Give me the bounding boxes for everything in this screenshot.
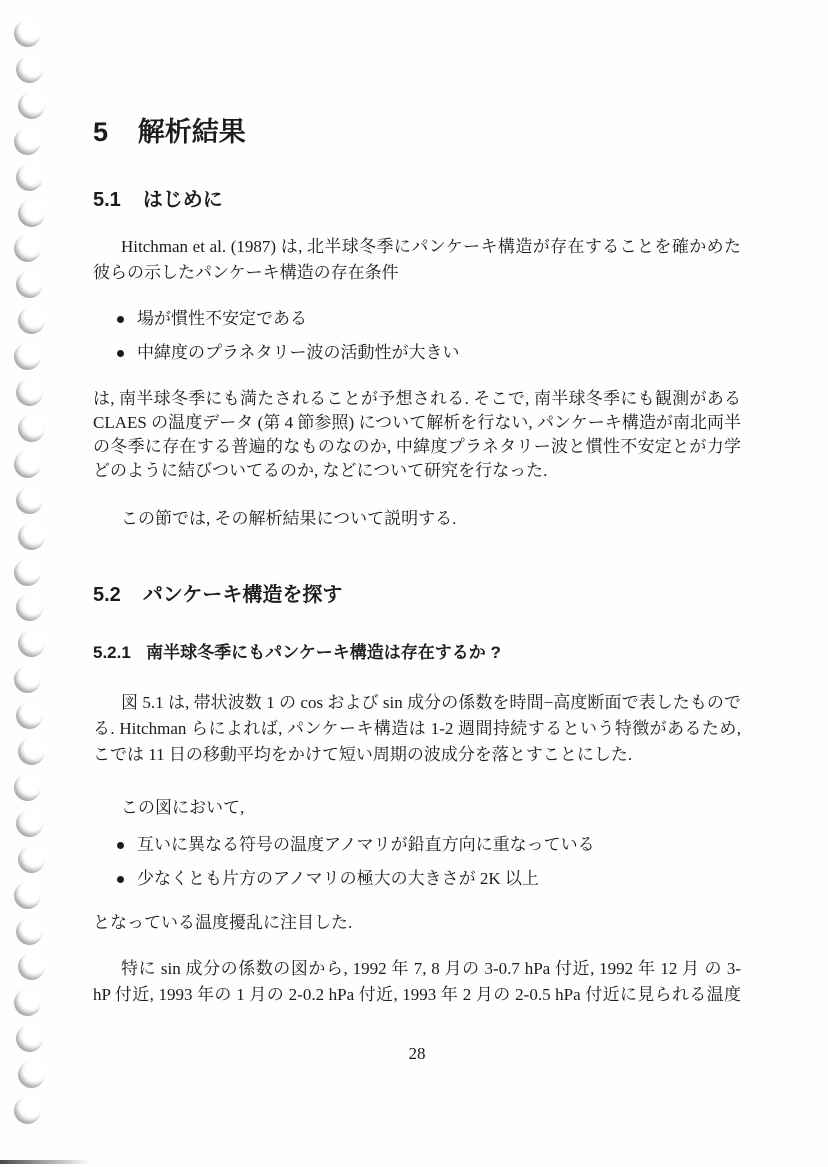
text-line: この図において, xyxy=(93,795,741,821)
list-item: 場が慣性不安定である xyxy=(93,306,741,332)
binder-hole xyxy=(14,774,41,801)
binder-hole xyxy=(18,738,45,765)
text-line: の冬季に存在する普遍的なものなのか, 中緯度プラネタリー波と慣性不安定とが力学的… xyxy=(93,435,741,459)
binder-hole xyxy=(16,594,43,621)
paragraph-criteria-close: となっている温度擾乱に注目した. xyxy=(93,910,741,936)
binder-hole xyxy=(16,1025,43,1052)
paragraph-figure-description: 図 5.1 は, 帯状波数 1 の cos および sin 成分の係数を時間−高… xyxy=(93,690,741,768)
section-heading: 5解析結果 xyxy=(93,110,741,149)
binder-hole xyxy=(14,128,41,155)
section-title: 解析結果 xyxy=(138,110,246,149)
scan-edge-artifact xyxy=(0,1160,90,1164)
binder-hole xyxy=(18,415,45,442)
list-item: 少なくとも片方のアノマリの極大の大きさが 2K 以上 xyxy=(93,866,741,892)
list-item-text: 中緯度のプラネタリー波の活動性が大きい xyxy=(137,340,741,366)
binder-hole xyxy=(14,1097,41,1124)
binder-hole xyxy=(16,271,43,298)
text-line: る. Hitchman らによれば, パンケーキ構造は 1-2 週間持続するとい… xyxy=(93,716,741,742)
section-number: 5 xyxy=(93,117,108,148)
bullet-icon xyxy=(117,350,124,357)
text-line: この節では, その解析結果について説明する. xyxy=(93,506,741,532)
paragraph-motivation: は, 南半球冬季にも満たされることが予想される. そこで, 南半球冬季にも観測が… xyxy=(93,387,741,483)
subsection-heading-51: 5.1はじめに xyxy=(93,183,741,212)
binder-hole xyxy=(16,379,43,406)
bullet-list-criteria: 互いに異なる符号の温度アノマリが鉛直方向に重なっている 少なくとも片方のアノマリ… xyxy=(93,832,741,900)
binder-hole xyxy=(16,702,43,729)
binder-hole xyxy=(16,56,43,83)
subsection-heading-52: 5.2パンケーキ構造を探す xyxy=(93,578,741,607)
text-line: 彼らの示したパンケーキ構造の存在条件 xyxy=(93,260,741,286)
text-line: は, 南半球冬季にも満たされることが予想される. そこで, 南半球冬季にも観測が… xyxy=(93,387,741,411)
subsection-title: パンケーキ構造を探す xyxy=(143,578,343,607)
page-number: 28 xyxy=(93,1044,741,1064)
binder-hole xyxy=(14,989,41,1016)
subsection-title: はじめに xyxy=(143,183,223,212)
binder-hole xyxy=(18,92,45,119)
subsection-number: 5.2 xyxy=(93,584,121,607)
scanned-page: 5解析結果 5.1はじめに Hitchman et al. (1987) は, … xyxy=(0,0,828,1167)
list-item-text: 互いに異なる符号の温度アノマリが鉛直方向に重なっている xyxy=(137,832,741,858)
paragraph-figure-intro: この図において, xyxy=(93,795,741,821)
text-line: hP 付近, 1993 年の 1 月の 2-0.2 hPa 付近, 1993 年… xyxy=(93,982,741,1008)
subsubsection-title: 南半球冬季にもパンケーキ構造は存在するか ? xyxy=(146,638,501,663)
binder-hole xyxy=(18,953,45,980)
binder-hole xyxy=(14,882,41,909)
paragraph-intro: Hitchman et al. (1987) は, 北半球冬季にパンケーキ構造が… xyxy=(93,234,741,286)
binder-hole xyxy=(18,1061,45,1088)
text-line: 図 5.1 は, 帯状波数 1 の cos および sin 成分の係数を時間−高… xyxy=(93,690,741,716)
binder-hole xyxy=(14,559,41,586)
text-line: どのように結びついてるのか, などについて研究を行なった. xyxy=(93,459,741,483)
binder-hole xyxy=(16,918,43,945)
binder-hole xyxy=(14,666,41,693)
binder-hole xyxy=(18,523,45,550)
bullet-list-conditions: 場が慣性不安定である 中緯度のプラネタリー波の活動性が大きい xyxy=(93,306,741,374)
bullet-icon xyxy=(117,842,124,849)
binder-hole xyxy=(14,451,41,478)
text-line: CLAES の温度データ (第 4 節参照) について解析を行ない, パンケーキ… xyxy=(93,411,741,435)
binder-hole xyxy=(18,846,45,873)
subsection-number: 5.1 xyxy=(93,189,121,212)
binder-hole xyxy=(16,487,43,514)
binder-hole xyxy=(18,630,45,657)
binder-hole xyxy=(14,235,41,262)
binder-hole xyxy=(16,164,43,191)
text-line: こでは 11 日の移動平均をかけて短い周期の波成分を落とすことにした. xyxy=(93,742,741,768)
paragraph-section-overview: この節では, その解析結果について説明する. xyxy=(93,506,741,532)
text-line: Hitchman et al. (1987) は, 北半球冬季にパンケーキ構造が… xyxy=(93,234,741,260)
text-line: 特に sin 成分の係数の図から, 1992 年 7, 8 月の 3-0.7 h… xyxy=(93,956,741,982)
list-item: 中緯度のプラネタリー波の活動性が大きい xyxy=(93,340,741,366)
bullet-icon xyxy=(117,316,124,323)
subsubsection-heading-521: 5.2.1南半球冬季にもパンケーキ構造は存在するか ? xyxy=(93,638,741,663)
subsubsection-number: 5.2.1 xyxy=(93,643,131,663)
list-item-text: 場が慣性不安定である xyxy=(137,306,741,332)
binder-hole xyxy=(14,343,41,370)
binder-hole xyxy=(16,810,43,837)
list-item: 互いに異なる符号の温度アノマリが鉛直方向に重なっている xyxy=(93,832,741,858)
list-item-text: 少なくとも片方のアノマリの極大の大きさが 2K 以上 xyxy=(137,866,741,892)
binder-hole xyxy=(18,200,45,227)
binder-hole xyxy=(18,307,45,334)
paragraph-sin-results: 特に sin 成分の係数の図から, 1992 年 7, 8 月の 3-0.7 h… xyxy=(93,956,741,1008)
binder-hole xyxy=(14,20,41,47)
bullet-icon xyxy=(117,876,124,883)
text-line: となっている温度擾乱に注目した. xyxy=(93,910,741,936)
